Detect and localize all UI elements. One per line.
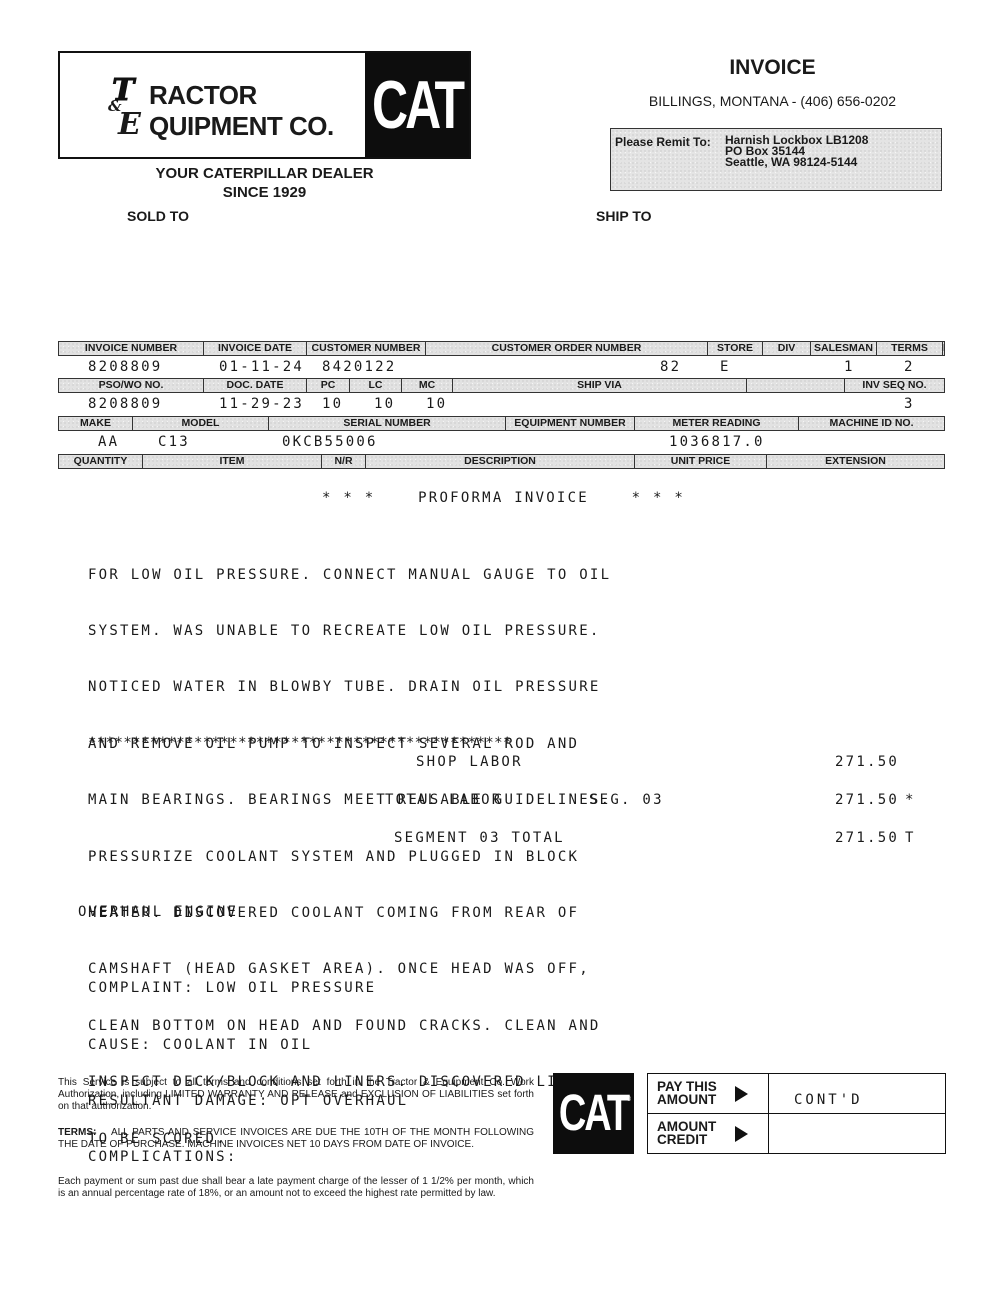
col-quantity: QUANTITY — [58, 454, 143, 469]
note-line: FOR LOW OIL PRESSURE. CONNECT MANUAL GAU… — [88, 566, 611, 585]
inv-seq-no: 3 — [904, 396, 915, 412]
remit-to-box: Please Remit To: Harnish Lockbox LB1208 … — [610, 128, 942, 191]
col-pc: PC — [306, 378, 350, 393]
complaint-line: COMPLAINT: LOW OIL PRESSURE — [88, 979, 408, 998]
registered-mark: ® — [627, 1097, 631, 1103]
col-model: MODEL — [132, 416, 269, 431]
line-item-segment: SEG. 03 — [589, 792, 664, 808]
tagline-line1: YOUR CATERPILLAR DEALER — [58, 164, 471, 183]
page: 2 — [904, 359, 915, 375]
remit-label: Please Remit To: — [615, 135, 711, 149]
line-item-description: TOTAL LABOR — [385, 792, 502, 808]
segment-title: OVERHAUL ENGINE — [78, 904, 238, 920]
serial-number: 0KCB55006 — [282, 434, 378, 450]
col-inv-seq-no: INV SEQ NO. — [844, 378, 945, 393]
col-invoice-number: INVOICE NUMBER — [58, 341, 204, 356]
header-row-1: INVOICE NUMBER INVOICE DATE CUSTOMER NUM… — [58, 341, 944, 356]
col-description: DESCRIPTION — [365, 454, 635, 469]
remit-line: Seattle, WA 98124-5144 — [725, 157, 868, 168]
line-item-description: SHOP LABOR — [416, 754, 523, 770]
col-meter-reading: METER READING — [634, 416, 799, 431]
col-pso-wo-no: PSO/WO NO. — [58, 378, 204, 393]
pay-this-amount-label: PAY THIS AMOUNT — [648, 1074, 769, 1114]
line-item-amount: 271.50 — [835, 830, 899, 846]
col-salesman: SALESMAN — [810, 341, 877, 356]
col-unit-price: UNIT PRICE — [634, 454, 767, 469]
col-machine-id-no: MACHINE ID NO. — [798, 416, 945, 431]
cause-line: CAUSE: COOLANT IN OIL — [88, 1036, 408, 1055]
registered-mark: ® — [456, 81, 462, 90]
div: E — [720, 359, 731, 375]
monogram-ampersand: & — [108, 97, 122, 115]
col-page: PAGE — [942, 341, 945, 356]
line-item-amount: 271.50 — [835, 792, 899, 808]
payment-terms: TERMS: ALL PARTS AND SERVICE INVOICES AR… — [58, 1127, 534, 1151]
col-ship-via: SHIP VIA — [452, 378, 747, 393]
arrow-right-icon — [735, 1126, 748, 1142]
dotted-separator — [108, 866, 930, 868]
remit-address: Harnish Lockbox LB1208 PO Box 35144 Seat… — [725, 135, 868, 168]
col-div: DIV — [762, 341, 811, 356]
note-line: MAIN BEARINGS. BEARINGS MEET REUSABLE GU… — [88, 791, 611, 810]
values-row-3: AA C13 0KCB55006 1036817.0 — [58, 434, 944, 454]
line-item-flag: * — [905, 792, 916, 808]
col-doc-date: DOC. DATE — [203, 378, 307, 393]
col-blank — [746, 378, 845, 393]
col-serial-number: SERIAL NUMBER — [268, 416, 506, 431]
values-row-1: 8208809 01-11-24 8420122 82 E 1 2 — [58, 359, 944, 379]
tagline-line2: SINCE 1929 — [58, 183, 471, 202]
company-name-line1: RACTOR — [149, 80, 257, 111]
pc: 10 — [322, 396, 343, 412]
pay-this-amount-field: CONT'D — [769, 1074, 945, 1114]
lc: 10 — [374, 396, 395, 412]
col-lc: LC — [349, 378, 402, 393]
note-line: SYSTEM. WAS UNABLE TO RECREATE LOW OIL P… — [88, 622, 611, 641]
line-item-header-row: QUANTITY ITEM N/R DESCRIPTION UNIT PRICE… — [58, 454, 944, 469]
col-customer-order-number: CUSTOMER ORDER NUMBER — [425, 341, 708, 356]
dealer-wordmark: T RACTOR QUIPMENT CO. E & — [60, 53, 365, 157]
terms-label: TERMS: — [58, 1127, 96, 1138]
doc-date: 11-29-23 — [219, 396, 304, 412]
label-line: AMOUNT — [657, 1120, 768, 1133]
ship-to-label: SHIP TO — [596, 208, 652, 224]
model: C13 — [158, 434, 190, 450]
line-item-description: SEGMENT 03 TOTAL — [394, 830, 565, 846]
col-make: MAKE — [58, 416, 133, 431]
terms-text: ALL PARTS AND SERVICE INVOICES ARE DUE T… — [58, 1127, 534, 1150]
make: AA — [98, 434, 119, 450]
amount-credit-field — [769, 1114, 945, 1154]
payment-box: PAY THIS AMOUNT CONT'D AMOUNT CREDIT — [647, 1073, 946, 1154]
pso-wo-no: 8208809 — [88, 396, 162, 412]
col-terms: TERMS — [876, 341, 943, 356]
col-invoice-date: INVOICE DATE — [203, 341, 307, 356]
footer-cat-logo: CAT ® — [553, 1073, 634, 1154]
line-item-flag: T — [905, 830, 916, 846]
mc: 10 — [426, 396, 447, 412]
note-line: PRESSURIZE COOLANT SYSTEM AND PLUGGED IN… — [88, 848, 611, 867]
col-store: STORE — [707, 341, 763, 356]
document-title: INVOICE — [600, 56, 945, 80]
dealer-logo: T RACTOR QUIPMENT CO. E & CAT ® — [58, 51, 471, 159]
col-nr: N/R — [321, 454, 366, 469]
invoice-number: 8208809 — [88, 359, 162, 375]
label-line: AMOUNT — [657, 1093, 768, 1106]
cat-logo-text: CAT — [372, 71, 462, 139]
col-item: ITEM — [142, 454, 322, 469]
header-row-2: PSO/WO NO. DOC. DATE PC LC MC SHIP VIA I… — [58, 378, 944, 393]
col-mc: MC — [401, 378, 453, 393]
store: 82 — [660, 359, 681, 375]
dealer-location: BILLINGS, MONTANA - (406) 656-0202 — [600, 93, 945, 109]
terms-conditions-text: This Service is subject to all terms and… — [58, 1077, 534, 1113]
line-item-amount: 271.50 — [835, 754, 899, 770]
sold-to-label: SOLD TO — [127, 208, 189, 224]
col-extension: EXTENSION — [766, 454, 945, 469]
late-charge-text: Each payment or sum past due shall bear … — [58, 1176, 534, 1200]
meter-reading: 1036817.0 — [669, 434, 765, 450]
invoice-date: 01-11-24 — [219, 359, 304, 375]
arrow-right-icon — [735, 1086, 748, 1102]
values-row-2: 8208809 11-29-23 10 10 10 3 — [58, 396, 944, 416]
cat-logo-text: CAT — [559, 1088, 628, 1139]
asterisk-separator: ****************************************… — [88, 735, 512, 751]
company-name-line2: QUIPMENT CO. — [149, 111, 334, 142]
amount-credit-label: AMOUNT CREDIT — [648, 1114, 769, 1154]
terms: 1 — [844, 359, 855, 375]
customer-number: 8420122 — [322, 359, 396, 375]
header-row-3: MAKE MODEL SERIAL NUMBER EQUIPMENT NUMBE… — [58, 416, 944, 431]
pay-this-amount-value: CONT'D — [794, 1092, 863, 1108]
col-customer-number: CUSTOMER NUMBER — [306, 341, 426, 356]
note-line: NOTICED WATER IN BLOWBY TUBE. DRAIN OIL … — [88, 678, 611, 697]
proforma-banner: * * * PROFORMA INVOICE * * * — [322, 490, 685, 506]
cat-logo: CAT ® — [365, 53, 469, 157]
col-equipment-number: EQUIPMENT NUMBER — [505, 416, 635, 431]
label-line: CREDIT — [657, 1133, 768, 1146]
